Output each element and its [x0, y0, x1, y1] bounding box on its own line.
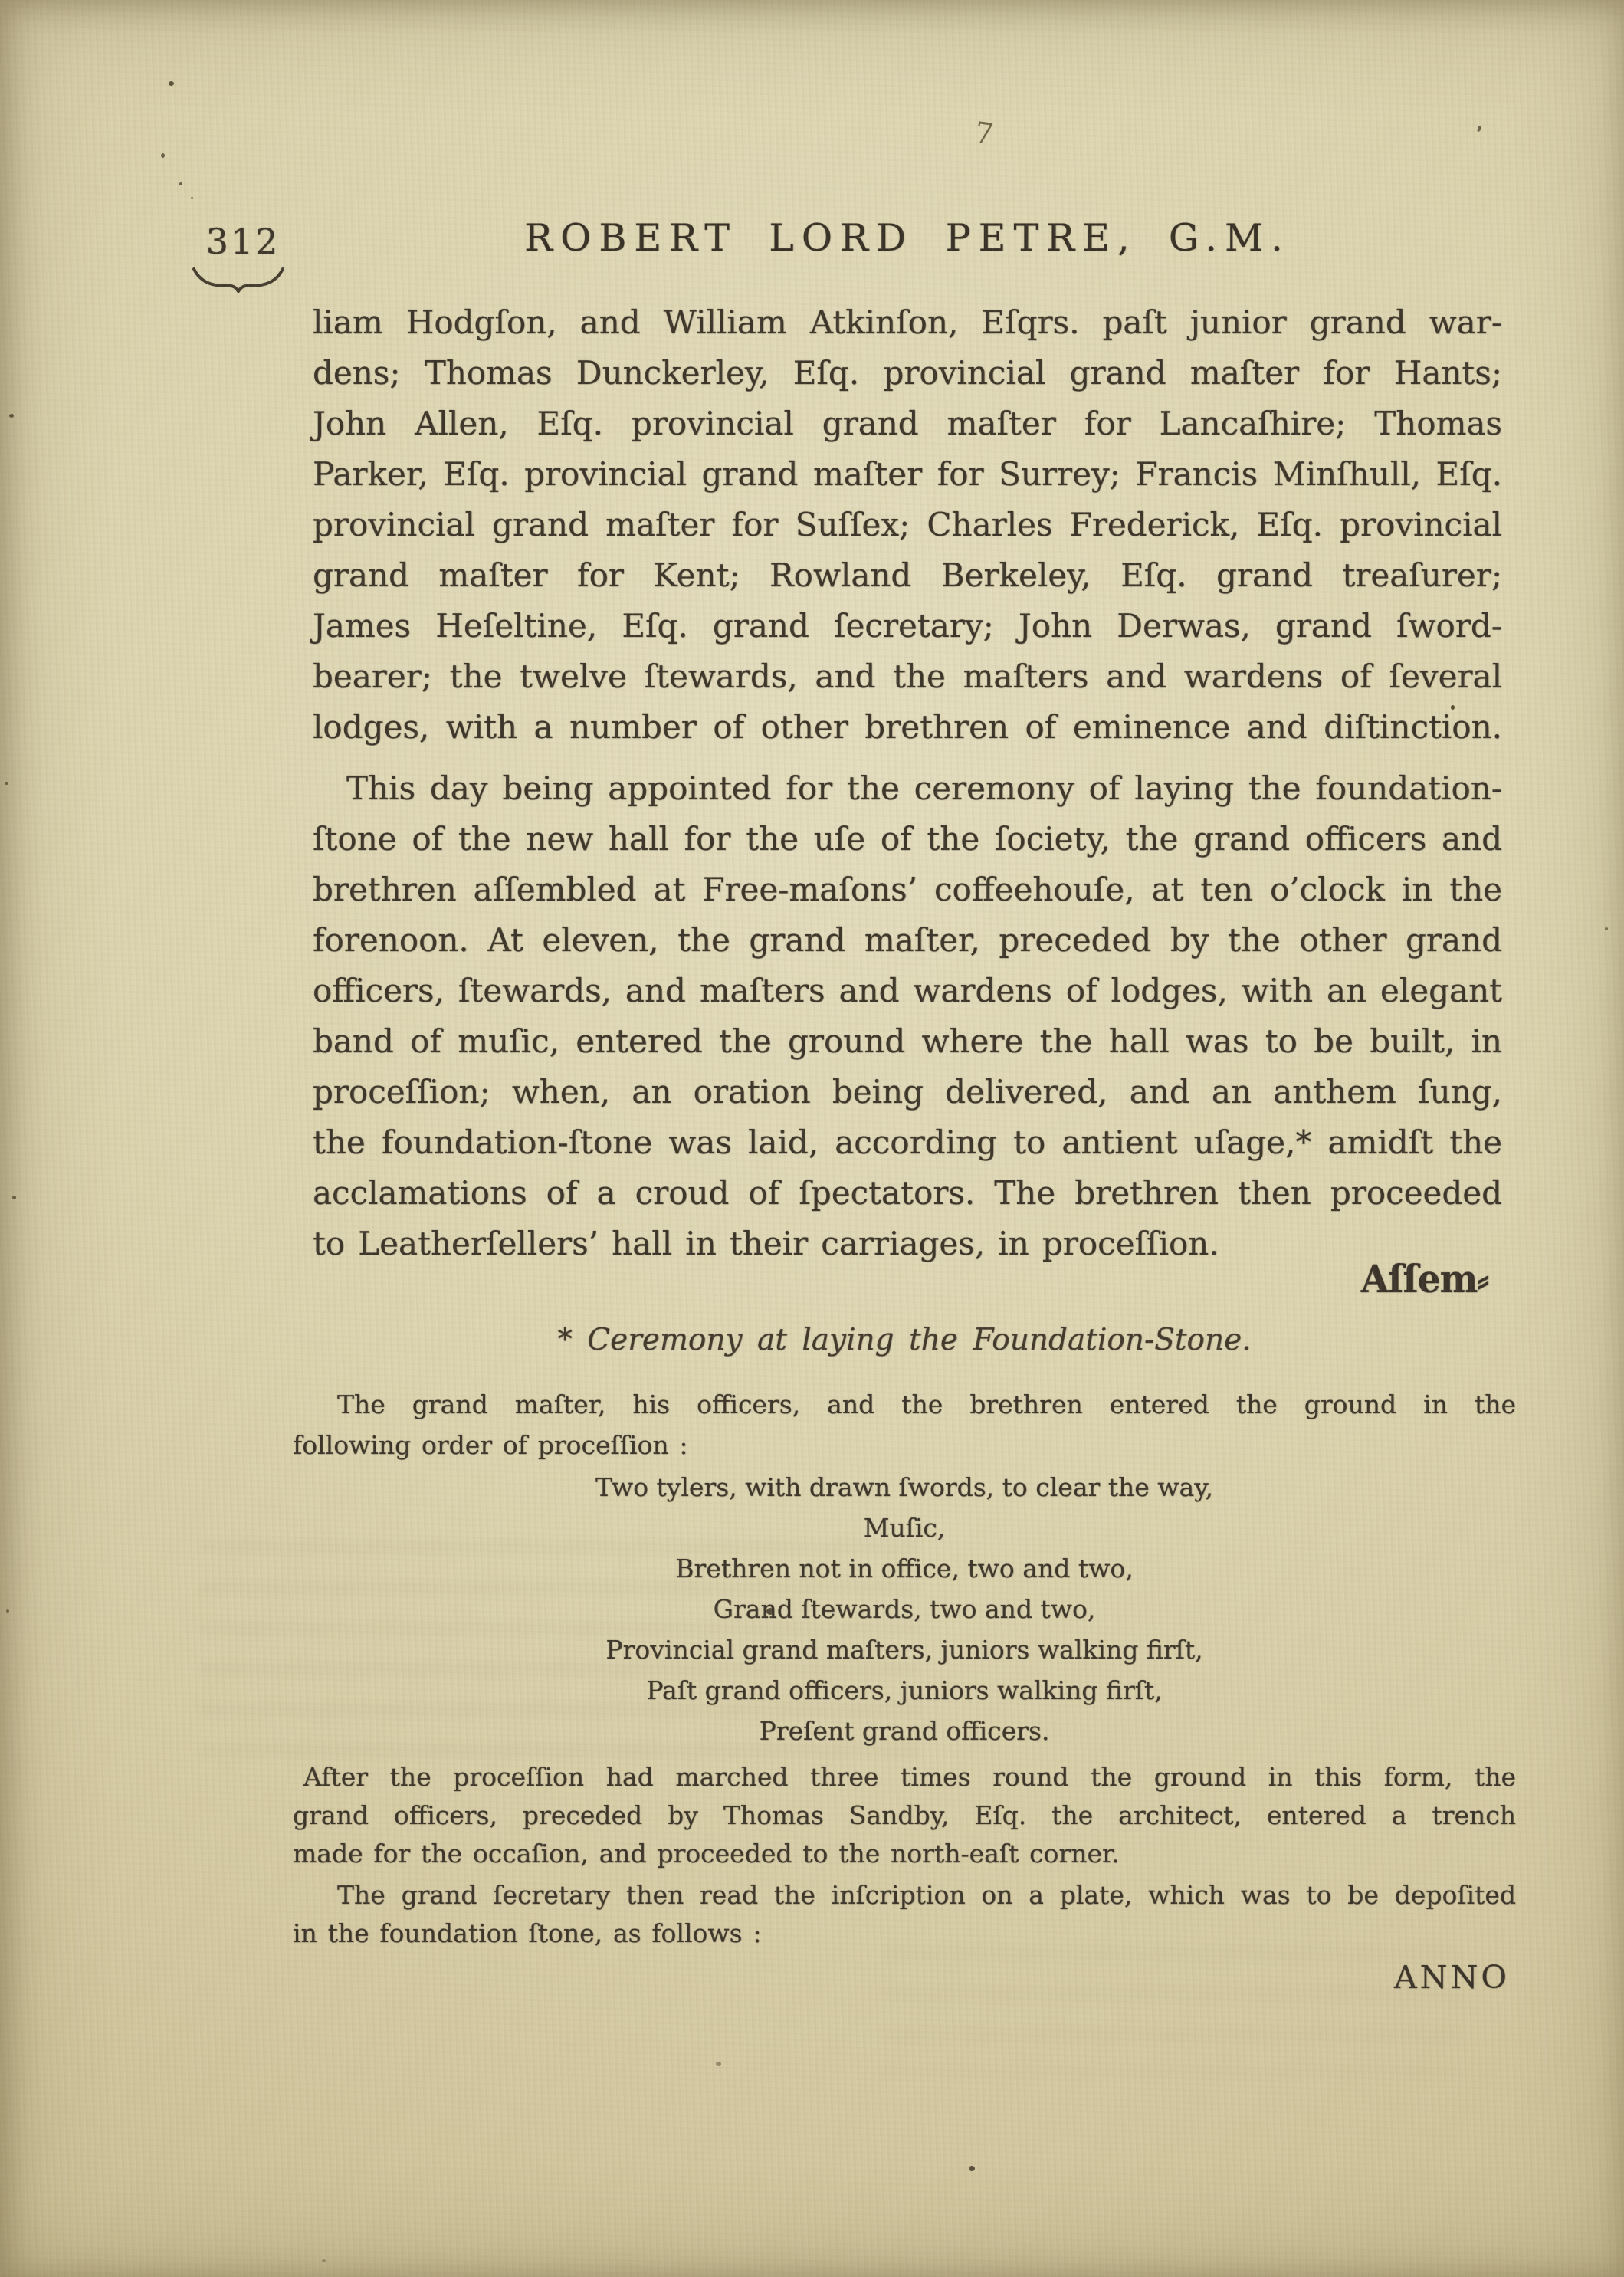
- page-number-brace: [190, 265, 287, 293]
- text-line: The grand ſecretary then read the inſcri…: [293, 1876, 1516, 1914]
- page-number-group: 312: [193, 221, 293, 262]
- procession-line: Muſic,: [293, 1508, 1516, 1548]
- text-line: grand maſter for Kent; Rowland Berkeley,…: [313, 550, 1502, 601]
- text-line: liam Hodgſon, and William Atkinſon, Eſqr…: [313, 297, 1502, 348]
- text-line: This day being appointed for the ceremon…: [313, 763, 1502, 814]
- paragraph-foundation-ceremony: This day being appointed for the ceremon…: [313, 763, 1502, 1269]
- procession-order-list: Two tylers, with drawn ſwords, to clear …: [293, 1467, 1516, 1751]
- text-line: Parker, Eſq. provincial grand maſter for…: [313, 449, 1502, 500]
- text-line: lodges, with a number of other brethren …: [313, 702, 1502, 753]
- footnote-heading: * Ceremony at laying the Foundation-Ston…: [293, 1323, 1516, 1357]
- text-line: following order of proceſſion :: [293, 1425, 1516, 1465]
- text-line: forenoon. At eleven, the grand maſter, p…: [313, 915, 1502, 966]
- footnote-closing-paragraph: The grand ſecretary then read the inſcri…: [293, 1876, 1516, 1953]
- text-line: After the proceſſion had marched three t…: [293, 1758, 1516, 1796]
- text-line: officers, ſtewards, and maſters and ward…: [313, 966, 1502, 1016]
- text-line: brethren aſſembled at Free-maſons’ coffe…: [313, 865, 1502, 915]
- text-line: The grand maſter, his officers, and the …: [293, 1384, 1516, 1425]
- text-line: dens; Thomas Dunckerley, Eſq. provincial…: [313, 348, 1502, 399]
- text-line: proceſſion; when, an oration being deliv…: [313, 1067, 1502, 1117]
- text-line: grand officers, preceded by Thomas Sandb…: [293, 1796, 1516, 1835]
- catchword-blackletter: Aſſem⸗: [313, 1257, 1502, 1301]
- footnote-march-paragraph: After the proceſſion had marched three t…: [293, 1758, 1516, 1873]
- text-line: bearer; the twelve ſtewards, and the maſ…: [313, 651, 1502, 702]
- footnote-intro: The grand maſter, his officers, and the …: [293, 1384, 1516, 1465]
- text-line: the foundation-ſtone was laid, according…: [313, 1117, 1502, 1168]
- text-line: ſtone of the new hall for the uſe of the…: [313, 814, 1502, 865]
- text-line: provincial grand maſter for Suſſex; Char…: [313, 500, 1502, 550]
- procession-line: Two tylers, with drawn ſwords, to clear …: [293, 1467, 1516, 1508]
- scanned-book-page: 312 ROBERT LORD PETRE, G.M. liam Hodgſon…: [0, 0, 1624, 2277]
- procession-line: Brethren not in office, two and two,: [293, 1548, 1516, 1589]
- running-header: ROBERT LORD PETRE, G.M.: [313, 216, 1502, 260]
- text-line: James Heſeltine, Eſq. grand ſecretary; J…: [313, 601, 1502, 651]
- procession-line: Provincial grand maſters, juniors walkin…: [293, 1629, 1516, 1670]
- text-line: acclamations of a croud of ſpectators. T…: [313, 1168, 1502, 1219]
- catchword-anno: ANNO: [293, 1959, 1516, 1996]
- paragraph-continuation: liam Hodgſon, and William Atkinſon, Eſqr…: [313, 297, 1502, 753]
- text-line: band of muſic, entered the ground where …: [313, 1016, 1502, 1067]
- page-number: 312: [206, 221, 281, 262]
- stray-pen-mark: 7: [973, 116, 996, 152]
- text-line: in the foundation ſtone, as follows :: [293, 1914, 1516, 1953]
- procession-line: Paſt grand officers, juniors walking fir…: [293, 1670, 1516, 1711]
- text-line: John Allen, Eſq. provincial grand maſter…: [313, 399, 1502, 449]
- text-line: made for the occaſion, and proceeded to …: [293, 1835, 1516, 1873]
- procession-line: Preſent grand officers.: [293, 1711, 1516, 1751]
- procession-line: Grand ſtewards, two and two,: [293, 1589, 1516, 1629]
